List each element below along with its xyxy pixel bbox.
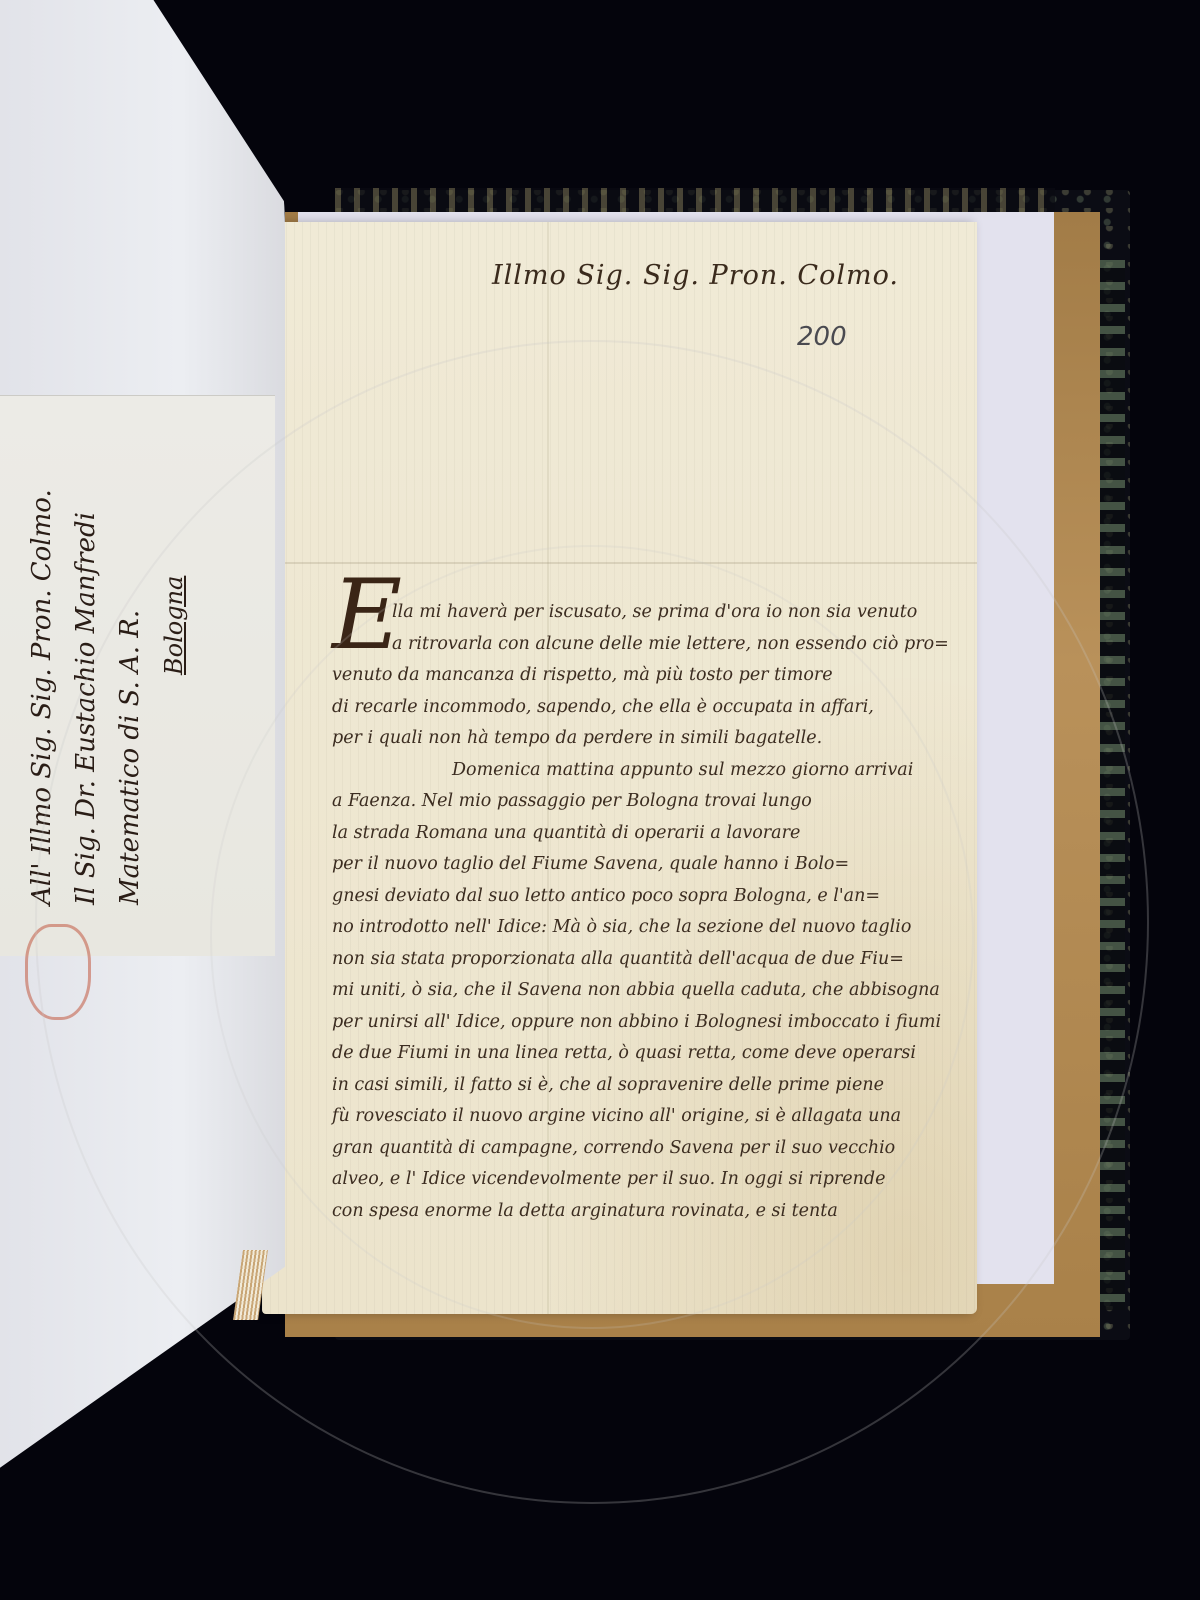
address-block: All' Illmo Sig. Sig. Pron. Colmo. Il Sig… <box>20 425 196 905</box>
letter-line: fù rovesciato il nuovo argine vicino all… <box>332 1101 932 1133</box>
letter-line: alveo, e l' Idice vicendevolmente per il… <box>332 1164 932 1196</box>
folio-number: 200 <box>797 322 847 352</box>
letter-line: per i quali non hà tempo da perdere in s… <box>332 723 932 755</box>
address-line: All' Illmo Sig. Sig. Pron. Colmo. <box>20 425 64 905</box>
address-destination: Bologna <box>152 425 196 905</box>
address-line: Il Sig. Dr. Eustachio Manfredi <box>64 425 108 905</box>
letter-line: non sia stata proporzionata alla quantit… <box>332 944 932 976</box>
letter-line: no introdotto nell' Idice: Mà ò sia, che… <box>332 912 932 944</box>
marbled-board-edge-top <box>335 188 1055 214</box>
letter-line: in casi simili, il fatto si è, che al so… <box>332 1070 932 1102</box>
letter-line: con spesa enorme la detta arginatura rov… <box>332 1196 932 1228</box>
letter-line: la strada Romana una quantità di operari… <box>332 818 932 850</box>
letter-recto-page: Illmo Sig. Sig. Pron. Colmo. 200 E lla m… <box>262 222 977 1314</box>
letter-line: Domenica mattina appunto sul mezzo giorn… <box>332 755 932 787</box>
letter-line: di recarle incommodo, sapendo, che ella … <box>332 692 932 724</box>
letter-line: a Faenza. Nel mio passaggio per Bologna … <box>332 786 932 818</box>
letter-line: de due Fiumi in una linea retta, ò quasi… <box>332 1038 932 1070</box>
letter-line: a ritrovarla con alcune delle mie letter… <box>332 629 932 661</box>
letter-salutation: Illmo Sig. Sig. Pron. Colmo. <box>492 260 899 291</box>
letter-line: per il nuovo taglio del Fiume Savena, qu… <box>332 849 932 881</box>
letter-line: mi uniti, ò sia, che il Savena non abbia… <box>332 975 932 1007</box>
red-wax-seal-trace <box>25 924 91 1020</box>
letter-line: per unirsi all' Idice, oppure non abbino… <box>332 1007 932 1039</box>
address-line: Matematico di S. A. R. <box>108 425 152 905</box>
photograph-scene: Illmo Sig. Sig. Pron. Colmo. 200 E lla m… <box>0 0 1200 1600</box>
letter-body: lla mi haverà per iscusato, se prima d'o… <box>332 597 932 1227</box>
letter-line: gran quantità di campagne, correndo Save… <box>332 1133 932 1165</box>
letter-line: venuto da mancanza di rispetto, mà più t… <box>332 660 932 692</box>
letter-line: lla mi haverà per iscusato, se prima d'o… <box>332 597 932 629</box>
letter-line: gnesi deviato dal suo letto antico poco … <box>332 881 932 913</box>
